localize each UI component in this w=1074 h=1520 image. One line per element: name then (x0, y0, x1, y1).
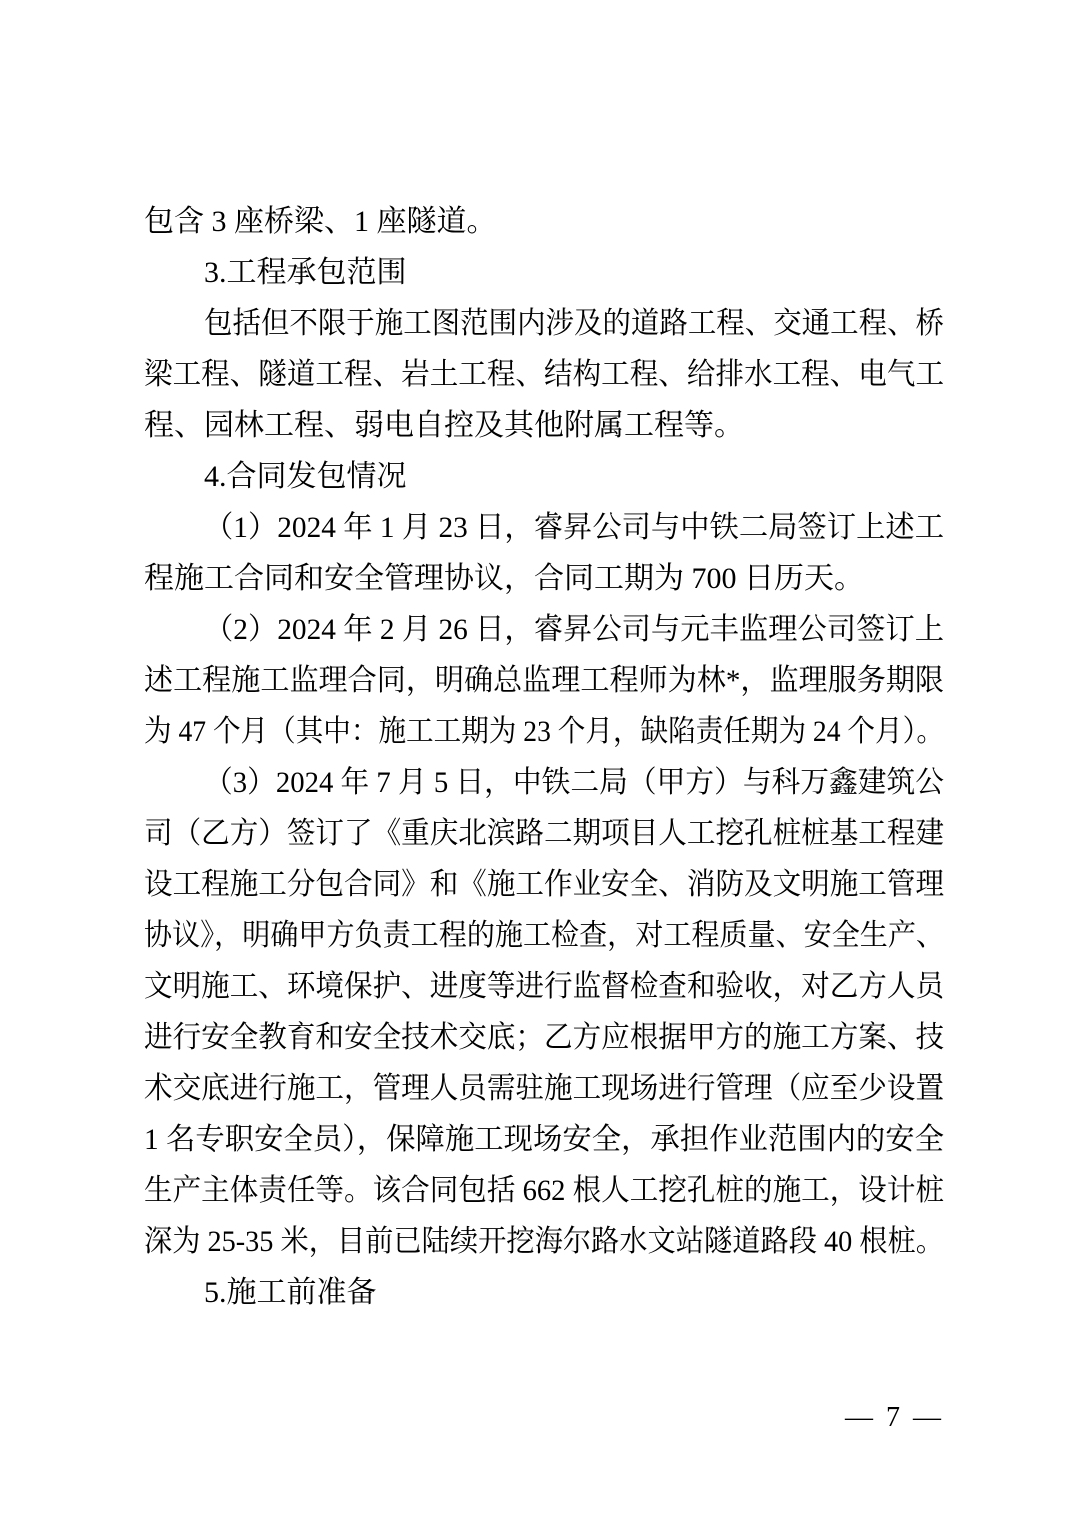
text-line-content: 4.合同发包情况 (204, 451, 407, 502)
text-line-content: （3）2024 年 7 月 5 日，中铁二局（甲方）与科万鑫建筑公 (204, 757, 944, 808)
text-line: 梁工程、隧道工程、岩土工程、结构工程、给排水工程、电气工 (144, 349, 944, 400)
text-line: （2）2024 年 2 月 26 日，睿昇公司与元丰监理公司签订上 (144, 604, 944, 655)
text-line-content: 程施工合同和安全管理协议，合同工期为 700 日历天。 (144, 553, 864, 604)
text-line: 深为 25-35 米，目前已陆续开挖海尔路水文站隧道路段 40 根桩。 (144, 1216, 944, 1267)
text-line-content: （2）2024 年 2 月 26 日，睿昇公司与元丰监理公司签订上 (204, 604, 944, 655)
text-line-content: 5.施工前准备 (204, 1267, 377, 1318)
text-line: 协议》，明确甲方负责工程的施工检查，对工程质量、安全生产、 (144, 910, 944, 961)
document-body: 包含 3 座桥梁、1 座隧道。3.工程承包范围包括但不限于施工图范围内涉及的道路… (144, 196, 944, 1318)
text-line-content: 述工程施工监理合同，明确总监理工程师为林*，监理服务期限 (144, 655, 944, 706)
text-line-content: 3.工程承包范围 (204, 247, 407, 298)
text-line-content: 1 名专职安全员），保障施工现场安全，承担作业范围内的安全 (144, 1114, 944, 1165)
text-line: 进行安全教育和安全技术交底；乙方应根据甲方的施工方案、技 (144, 1012, 944, 1063)
text-line: 包含 3 座桥梁、1 座隧道。 (144, 196, 944, 247)
page-number: — 7 — (845, 1398, 944, 1438)
text-line-content: （1）2024 年 1 月 23 日，睿昇公司与中铁二局签订上述工 (204, 502, 944, 553)
text-line-content: 生产主体责任等。该合同包括 662 根人工挖孔桩的施工，设计桩 (144, 1165, 944, 1216)
text-line: 4.合同发包情况 (144, 451, 944, 502)
text-line-content: 程、园林工程、弱电自控及其他附属工程等。 (144, 400, 744, 451)
text-line: 程、园林工程、弱电自控及其他附属工程等。 (144, 400, 944, 451)
text-line: 司（乙方）签订了《重庆北滨路二期项目人工挖孔桩桩基工程建 (144, 808, 944, 859)
text-line: 述工程施工监理合同，明确总监理工程师为林*，监理服务期限 (144, 655, 944, 706)
text-line: 程施工合同和安全管理协议，合同工期为 700 日历天。 (144, 553, 944, 604)
text-line: 3.工程承包范围 (144, 247, 944, 298)
text-line: 1 名专职安全员），保障施工现场安全，承担作业范围内的安全 (144, 1114, 944, 1165)
text-line-content: 协议》，明确甲方负责工程的施工检查，对工程质量、安全生产、 (144, 910, 944, 961)
text-line-content: 深为 25-35 米，目前已陆续开挖海尔路水文站隧道路段 40 根桩。 (144, 1216, 944, 1267)
text-line-content: 包含 3 座桥梁、1 座隧道。 (144, 196, 497, 247)
text-line: 包括但不限于施工图范围内涉及的道路工程、交通工程、桥 (144, 298, 944, 349)
text-line-content: 设工程施工分包合同》和《施工作业安全、消防及文明施工管理 (144, 859, 944, 910)
text-line: 为 47 个月（其中：施工工期为 23 个月，缺陷责任期为 24 个月）。 (144, 706, 944, 757)
text-line-content: 包括但不限于施工图范围内涉及的道路工程、交通工程、桥 (204, 298, 944, 349)
document-page: 包含 3 座桥梁、1 座隧道。3.工程承包范围包括但不限于施工图范围内涉及的道路… (0, 0, 1074, 1520)
text-line-content: 进行安全教育和安全技术交底；乙方应根据甲方的施工方案、技 (144, 1012, 944, 1063)
text-line-content: 术交底进行施工，管理人员需驻施工现场进行管理（应至少设置 (144, 1063, 944, 1114)
text-line-content: 文明施工、环境保护、进度等进行监督检查和验收，对乙方人员 (144, 961, 944, 1012)
text-line: （1）2024 年 1 月 23 日，睿昇公司与中铁二局签订上述工 (144, 502, 944, 553)
text-line-content: 司（乙方）签订了《重庆北滨路二期项目人工挖孔桩桩基工程建 (144, 808, 944, 859)
text-line-content: 梁工程、隧道工程、岩土工程、结构工程、给排水工程、电气工 (144, 349, 944, 400)
text-line: 设工程施工分包合同》和《施工作业安全、消防及文明施工管理 (144, 859, 944, 910)
text-line: 5.施工前准备 (144, 1267, 944, 1318)
text-line: （3）2024 年 7 月 5 日，中铁二局（甲方）与科万鑫建筑公 (144, 757, 944, 808)
text-line-content: 为 47 个月（其中：施工工期为 23 个月，缺陷责任期为 24 个月）。 (144, 706, 944, 757)
text-line: 生产主体责任等。该合同包括 662 根人工挖孔桩的施工，设计桩 (144, 1165, 944, 1216)
text-line: 文明施工、环境保护、进度等进行监督检查和验收，对乙方人员 (144, 961, 944, 1012)
text-line: 术交底进行施工，管理人员需驻施工现场进行管理（应至少设置 (144, 1063, 944, 1114)
